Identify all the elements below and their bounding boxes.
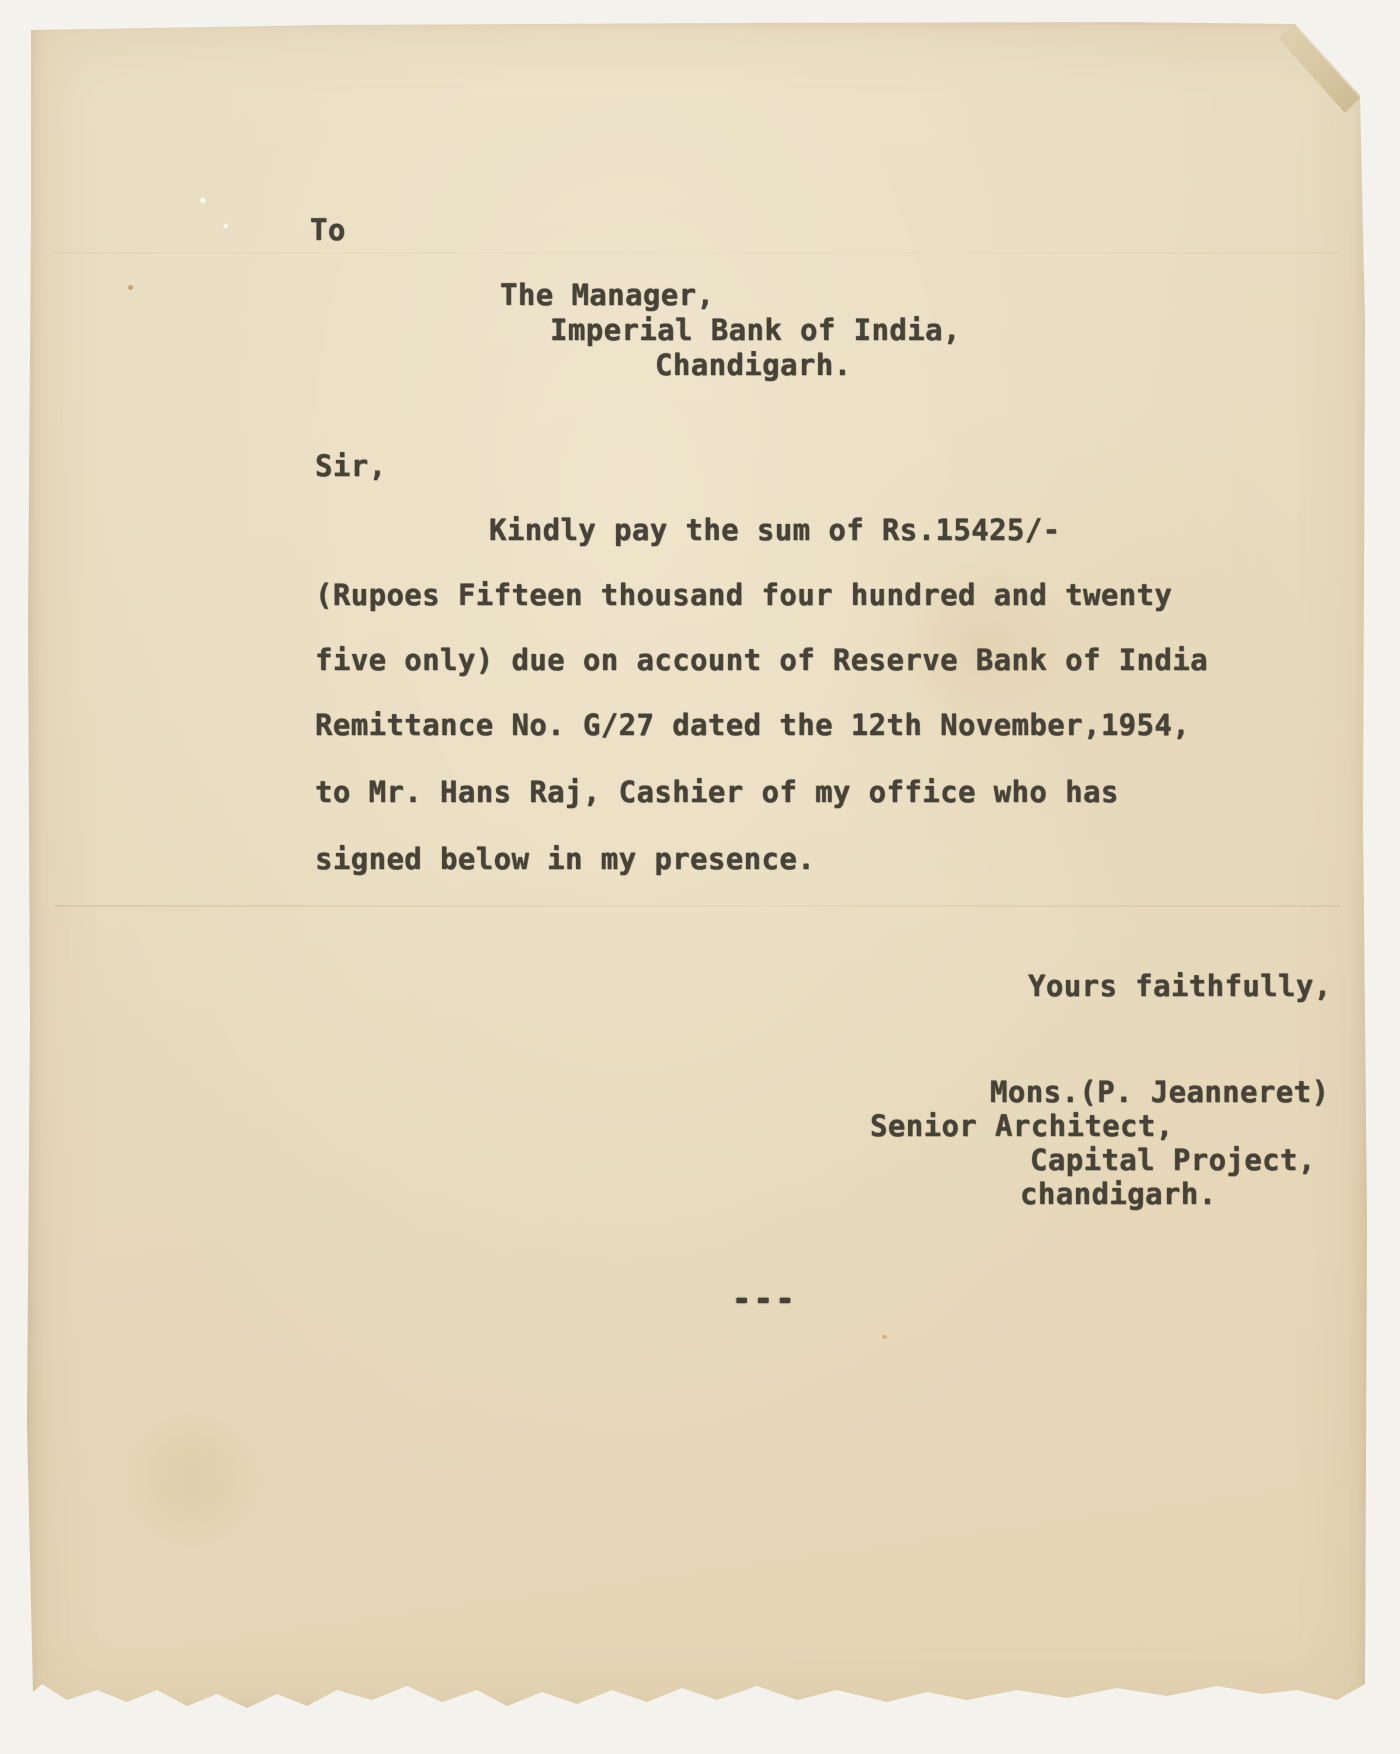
pinhole-speck xyxy=(223,223,228,229)
end-mark: --- xyxy=(732,1282,797,1318)
recipient-line-1: The Manager, xyxy=(500,281,714,310)
rust-speck xyxy=(882,1335,887,1339)
body-line: five only) due on account of Reserve Ban… xyxy=(315,646,1208,675)
signature-place: chandigarh. xyxy=(1020,1180,1216,1209)
body-opening-line: Kindly pay the sum of Rs.15425/- xyxy=(489,516,1061,545)
body-line: Remittance No. G/27 dated the 12th Novem… xyxy=(315,711,1190,740)
body-line: (Rupoes Fifteen thousand four hundred an… xyxy=(315,581,1172,610)
body-line: to Mr. Hans Raj, Cashier of my office wh… xyxy=(315,778,1119,807)
salutation: Sir, xyxy=(315,452,386,481)
pinhole-speck xyxy=(200,197,206,204)
signature-name: Mons.(P. Jeanneret) xyxy=(990,1078,1329,1107)
recipient-line-2: Imperial Bank of India, xyxy=(550,316,961,345)
paper-stain xyxy=(117,1402,267,1552)
body-line: signed below in my presence. xyxy=(315,845,815,874)
signature-title: Senior Architect, xyxy=(870,1112,1174,1141)
to-label: To xyxy=(310,216,346,245)
paper-crease-top xyxy=(54,252,1340,254)
paper-crease-middle xyxy=(54,905,1340,907)
scan-background: To The Manager, Imperial Bank of India, … xyxy=(0,0,1400,1754)
recipient-line-3: Chandigarh. xyxy=(655,351,851,380)
folded-corner xyxy=(1263,22,1367,120)
closing: Yours faithfully, xyxy=(1028,972,1332,1001)
letter-paper: To The Manager, Imperial Bank of India, … xyxy=(27,22,1367,1716)
signature-org: Capital Project, xyxy=(1030,1146,1316,1175)
rust-speck xyxy=(128,285,133,290)
